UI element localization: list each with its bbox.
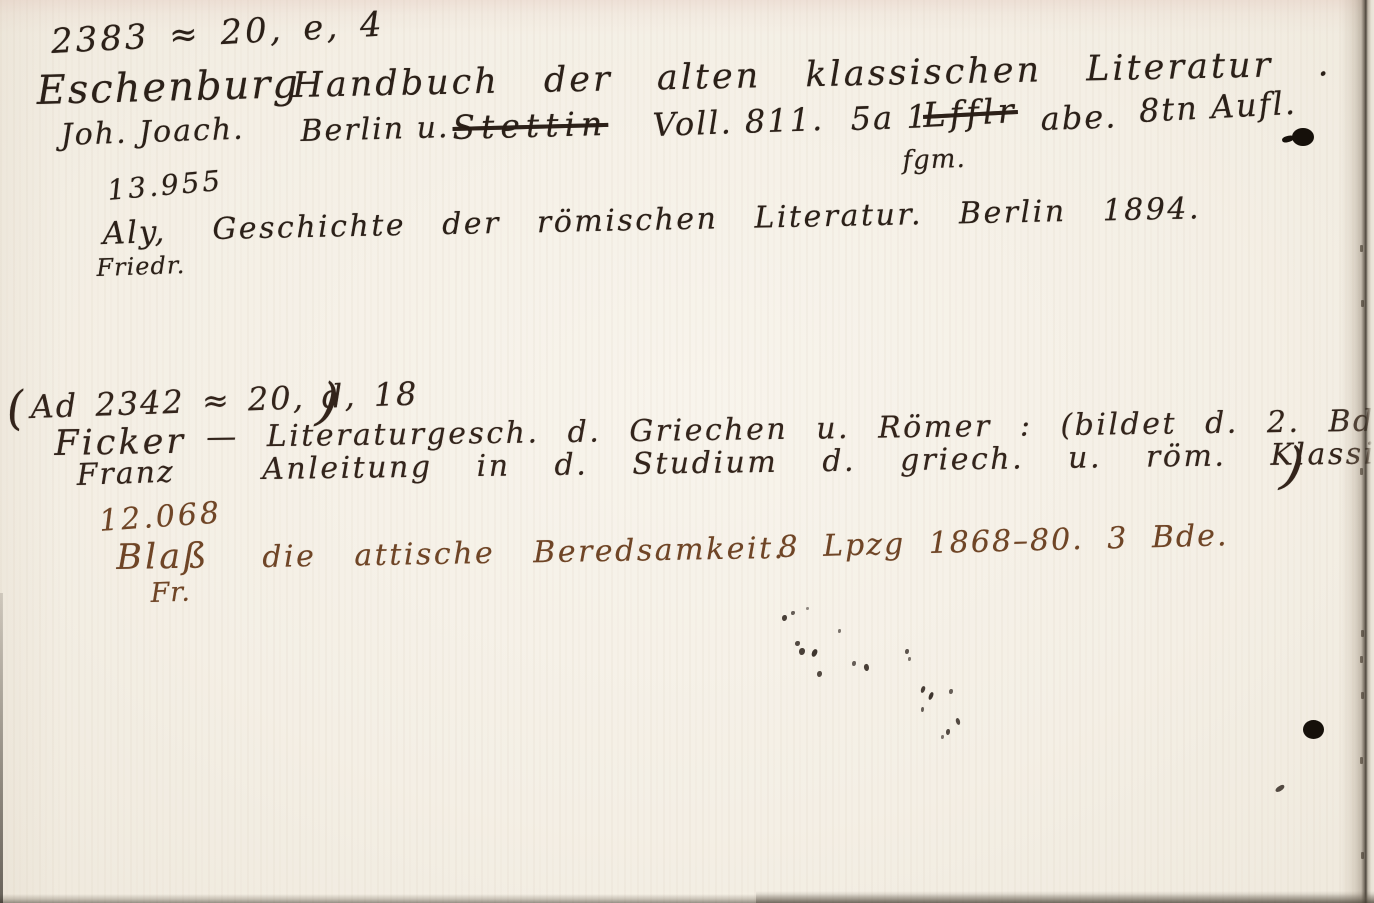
author-blass: Blaß	[116, 536, 210, 578]
imprint-place-eschenburg: Berlin u.	[300, 110, 450, 149]
imprint-blass: 8 Lpzg 1868–80. 3 Bde.	[778, 518, 1229, 565]
collation-volumes-eschenburg: Voll. 811.	[652, 100, 825, 144]
shelfmark-open-paren-ficker: (	[4, 380, 27, 435]
ink-mark-small	[1274, 784, 1285, 793]
scan-edge-left	[0, 593, 3, 903]
shelfmark-eschenburg: 2383 ≈ 20, e, 4	[50, 5, 386, 62]
title-blass: die attische Beredsamkeit.	[262, 531, 786, 575]
author-firstname-ficker: Franz	[76, 455, 175, 493]
imprint-place-struck-eschenburg: Stettin	[452, 104, 609, 147]
scan-edge-bottom-right	[756, 891, 1374, 903]
collation-part-eschenburg: 5a 1	[850, 97, 929, 138]
edition-eschenburg: 8tn Aufl.	[1138, 84, 1298, 130]
ink-blob-line3-tail	[1281, 135, 1294, 144]
correction-below-eschenburg: fgm.	[902, 144, 966, 176]
ink-dot-lower-right	[1303, 720, 1324, 739]
collation-tail-eschenburg: abe.	[1040, 97, 1118, 138]
collation-struck-eschenburg: Lfflr	[922, 91, 1019, 136]
accession-no-aly: 13.955	[106, 164, 224, 207]
catalog-card-scan: 2383 ≈ 20, e, 4 Eschenburg Handbuch der …	[0, 0, 1374, 903]
scan-edge-right	[1340, 0, 1374, 903]
ink-blob-line3	[1292, 128, 1314, 146]
author-firstname-blass: Fr.	[150, 577, 191, 609]
title-imprint-aly: Geschichte der römischen Literatur. Berl…	[212, 191, 1201, 247]
author-firstname-aly: Friedr.	[96, 251, 186, 282]
author-firstnames-eschenburg: Joh. Joach.	[60, 112, 245, 153]
accession-no-blass: 12.068	[98, 495, 223, 538]
author-aly: Aly,	[102, 214, 167, 252]
author-eschenburg: Eschenburg	[36, 61, 301, 114]
